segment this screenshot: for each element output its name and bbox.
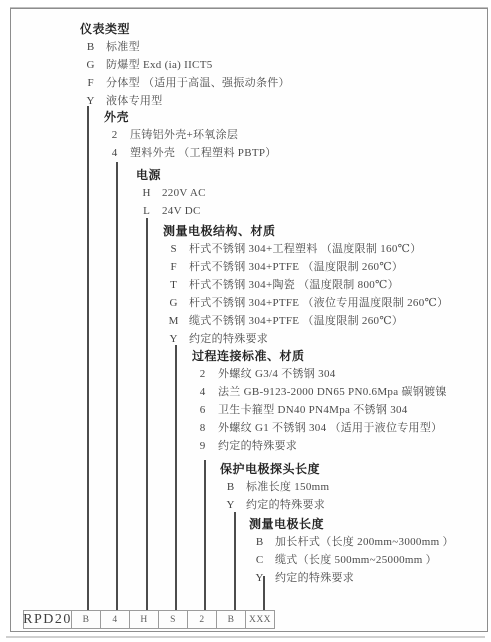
connector-line-5 (204, 460, 206, 611)
option-code: M (167, 312, 180, 330)
option-code: H (140, 184, 153, 202)
option-code: F (167, 258, 180, 276)
option-row: G防爆型 Exd (ia) IICT5 (80, 56, 290, 74)
section-4: 测量电极结构、材质S杆式不锈钢 304+工程塑料 （温度限制 160℃）F杆式不… (163, 222, 448, 348)
section-7: 测量电极长度B加长杆式（长度 200mm~3000mm ）C缆式（长度 500m… (249, 515, 454, 587)
option-code: B (224, 478, 237, 496)
option-description: 约定的特殊要求 (189, 333, 268, 345)
option-row: M缆式不锈钢 304+PTFE （温度限制 260℃） (163, 312, 448, 330)
option-code: Y (84, 92, 97, 110)
option-code: S (167, 240, 180, 258)
option-description: 加长杆式（长度 200mm~3000mm ） (275, 536, 454, 548)
model-code-cell-1: B (71, 610, 101, 629)
option-code: F (84, 74, 97, 92)
option-description: 220V AC (162, 187, 206, 199)
option-row: Y约定的特殊要求 (163, 330, 448, 348)
section-6: 保护电极探头长度B标准长度 150mmY约定的特殊要求 (220, 460, 329, 514)
option-row: C缆式（长度 500mm~25000mm ） (249, 551, 454, 569)
option-code: T (167, 276, 180, 294)
model-code-cell-4: S (158, 610, 188, 629)
option-row: 8外螺纹 G1 不锈钢 304 （适用于液位专用型） (192, 419, 447, 437)
option-code: C (253, 551, 266, 569)
option-description: 塑料外壳 （工程塑料 PBTP） (130, 147, 277, 159)
connector-line-4 (175, 345, 177, 611)
connector-line-3 (146, 218, 148, 611)
model-code-cell-6: B (216, 610, 246, 629)
option-code: B (253, 533, 266, 551)
option-row: G杆式不锈钢 304+PTFE （液位专用温度限制 260℃） (163, 294, 448, 312)
section-1: 仪表类型B标准型G防爆型 Exd (ia) IICT5F分体型 （适用于高温、强… (80, 20, 290, 110)
option-row: 4塑料外壳 （工程塑料 PBTP） (104, 144, 277, 162)
option-description: 液体专用型 (106, 95, 163, 107)
option-description: 杆式不锈钢 304+PTFE （温度限制 260℃） (189, 261, 403, 273)
option-row: B加长杆式（长度 200mm~3000mm ） (249, 533, 454, 551)
option-code: G (167, 294, 180, 312)
model-code-bar: RPD20 B4HS2BXXX (23, 610, 275, 629)
connector-line-2 (116, 162, 118, 611)
option-row: B标准型 (80, 38, 290, 56)
option-code: 2 (196, 365, 209, 383)
option-description: 标准长度 150mm (246, 481, 329, 493)
option-description: 杆式不锈钢 304+陶瓷 （温度限制 800℃） (189, 279, 399, 291)
option-row: T杆式不锈钢 304+陶瓷 （温度限制 800℃） (163, 276, 448, 294)
option-description: 杆式不锈钢 304+PTFE （液位专用温度限制 260℃） (189, 297, 448, 309)
option-row: 4法兰 GB-9123-2000 DN65 PN0.6Mpa 碳钢镀镍 (192, 383, 447, 401)
section-title: 仪表类型 (80, 20, 290, 38)
option-row: F杆式不锈钢 304+PTFE （温度限制 260℃） (163, 258, 448, 276)
option-row: 2压铸铝外壳+环氧涂层 (104, 126, 277, 144)
section-title: 保护电极探头长度 (220, 460, 329, 478)
option-row: F分体型 （适用于高温、强振动条件） (80, 74, 290, 92)
option-row: S杆式不锈钢 304+工程塑料 （温度限制 160℃） (163, 240, 448, 258)
option-description: 约定的特殊要求 (275, 572, 354, 584)
option-code: 6 (196, 401, 209, 419)
section-title: 测量电极结构、材质 (163, 222, 448, 240)
section-title: 过程连接标准、材质 (192, 347, 447, 365)
option-code: 8 (196, 419, 209, 437)
model-code-cell-3: H (129, 610, 159, 629)
option-row: H220V AC (136, 184, 206, 202)
section-3: 电源H220V ACL24V DC (136, 166, 206, 220)
option-description: 分体型 （适用于高温、强振动条件） (106, 77, 290, 89)
option-description: 缆式（长度 500mm~25000mm ） (275, 554, 437, 566)
option-code: 4 (196, 383, 209, 401)
option-description: 压铸铝外壳+环氧涂层 (130, 129, 238, 141)
model-code-cell-7: XXX (245, 610, 275, 629)
option-row: 2外螺纹 G3/4 不锈钢 304 (192, 365, 447, 383)
connector-line-6 (234, 512, 236, 611)
option-row: 9约定的特殊要求 (192, 437, 447, 455)
option-code: 4 (108, 144, 121, 162)
connector-line-7 (263, 576, 265, 611)
option-code: B (84, 38, 97, 56)
option-description: 外螺纹 G3/4 不锈钢 304 (218, 368, 336, 380)
option-code: 2 (108, 126, 121, 144)
option-description: 约定的特殊要求 (218, 440, 297, 452)
option-row: 6卫生卡箍型 DN40 PN4Mpa 不锈钢 304 (192, 401, 447, 419)
model-code-cell-2: 4 (100, 610, 130, 629)
section-2: 外壳2压铸铝外壳+环氧涂层4塑料外壳 （工程塑料 PBTP） (104, 108, 277, 162)
section-title: 外壳 (104, 108, 277, 126)
option-row: Y约定的特殊要求 (220, 496, 329, 514)
option-code: 9 (196, 437, 209, 455)
option-description: 防爆型 Exd (ia) IICT5 (106, 59, 213, 71)
model-prefix-cell: RPD20 (23, 610, 72, 629)
model-code-cell-5: 2 (187, 610, 217, 629)
option-description: 缆式不锈钢 304+PTFE （温度限制 260℃） (189, 315, 403, 327)
option-description: 约定的特殊要求 (246, 499, 325, 511)
connector-line-1 (87, 106, 89, 611)
section-title: 电源 (136, 166, 206, 184)
option-row: B标准长度 150mm (220, 478, 329, 496)
option-description: 法兰 GB-9123-2000 DN65 PN0.6Mpa 碳钢镀镍 (218, 386, 447, 398)
option-description: 杆式不锈钢 304+工程塑料 （温度限制 160℃） (189, 243, 422, 255)
option-description: 外螺纹 G1 不锈钢 304 （适用于液位专用型） (218, 422, 442, 434)
option-description: 卫生卡箍型 DN40 PN4Mpa 不锈钢 304 (218, 404, 408, 416)
option-code: Y (167, 330, 180, 348)
option-description: 24V DC (162, 205, 201, 217)
section-5: 过程连接标准、材质2外螺纹 G3/4 不锈钢 3044法兰 GB-9123-20… (192, 347, 447, 455)
section-title: 测量电极长度 (249, 515, 454, 533)
option-description: 标准型 (106, 41, 140, 53)
scan-page-edge (6, 636, 485, 638)
option-row: Y约定的特殊要求 (249, 569, 454, 587)
option-code: G (84, 56, 97, 74)
